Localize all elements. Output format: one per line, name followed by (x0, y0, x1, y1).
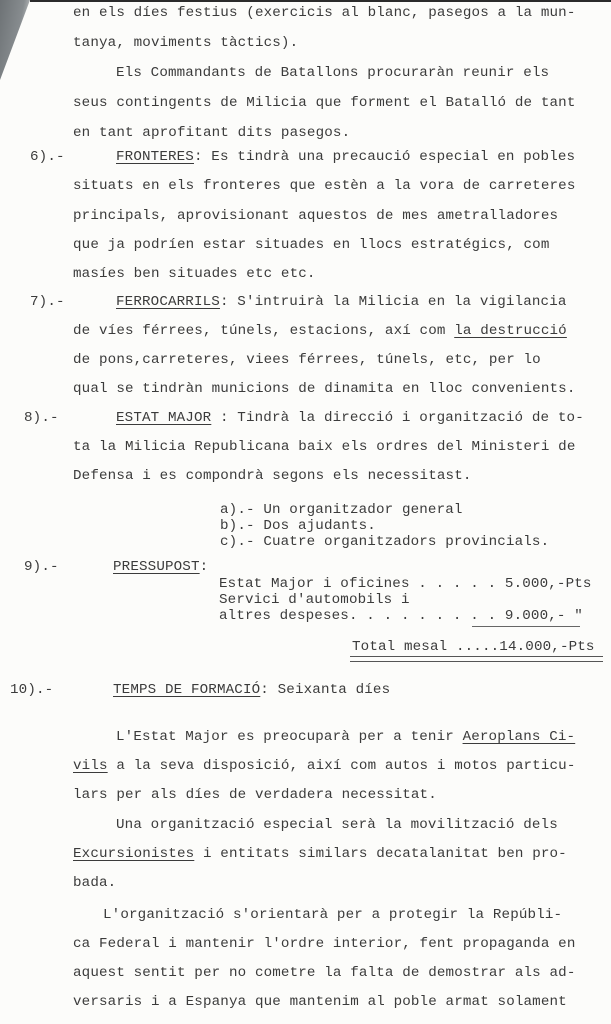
section-7-line-3: de pons,carreteres, viees férrees, túnel… (73, 351, 541, 369)
section-7-line-2: de víes férrees, túnels, estacions, axí … (73, 322, 567, 340)
intro-line-2: tanya, moviments tàctics). (73, 34, 298, 52)
section-8-first-line: ESTAT MAJOR : Tindrà la direcció i organ… (116, 409, 584, 427)
excursionistes-line-2: Excursionistes i entitats similars decat… (73, 845, 567, 863)
budget-total-double-rule (350, 656, 603, 662)
section-10-heading: TEMPS DE FORMACIÓ (113, 682, 260, 698)
final-line-4: versaris i a Espanya que mantenim al pob… (73, 993, 567, 1011)
budget-row-1-amount: 5.000,-Pts (505, 576, 592, 592)
section-9-heading-line: PRESSUPOST: (113, 558, 208, 576)
commandants-line-1: Els Commandants de Batallons procuraràn … (116, 64, 549, 82)
section-6-line-2: situats en els fronteres que estèn a la … (73, 177, 576, 195)
budget-row-2-label: Servici d'automobils i (219, 592, 410, 608)
budget-row-3-label: altres despeses. (219, 608, 358, 624)
budget-row-2: Servici d'automobils i (219, 592, 410, 608)
budget-subtotal-rule (472, 626, 580, 627)
final-line-2: ca Federal i mantenir l'ordre interior, … (73, 935, 576, 953)
budget-total-amount: 14.000,-Pts (499, 639, 594, 655)
budget-row-3-amount: 9.000,- " (505, 608, 583, 624)
section-6-line-4: que ja podríen estar situades en llocs e… (73, 236, 550, 254)
section-6-first-line: FRONTERES: Es tindrà una precaució espec… (116, 148, 575, 166)
section-7-line-4: qual se tindràn municions de dinamita en… (73, 380, 576, 398)
section-8-list-item-b: b).- Dos ajudants. (220, 518, 376, 534)
excursionistes-underlined: Excursionistes (73, 846, 194, 862)
document-page: en els díes festius (exercicis al blanc,… (0, 0, 611, 1024)
section-6-text: : Es tindrà una precaució especial en po… (194, 149, 575, 165)
budget-total-dots: ..... (447, 639, 499, 655)
commandants-line-2: seus contingents de Milicia que forment … (73, 94, 576, 112)
excursionistes-line-3: bada. (73, 874, 116, 892)
scan-shadow (0, 0, 30, 80)
aeroplans-line-2: vils a la seva disposició, així com auto… (73, 757, 576, 775)
aeroplans-underlined-1: Aeroplans Ci- (463, 729, 576, 745)
section-10-number: 10).- (10, 681, 53, 699)
final-line-3: aquest sentit per no cometre la falta de… (73, 964, 576, 982)
section-8-list-item-a: a).- Un organitzador general (220, 502, 463, 518)
section-8-number: 8).- (24, 409, 59, 427)
budget-total: Total mesal .....14.000,-Pts (352, 638, 595, 656)
section-10-text: : Seixanta díes (260, 682, 390, 698)
budget-row-3: altres despeses. . . . . . . . . 9.000,-… (219, 608, 583, 624)
section-7-text: : S'intruirà la Milicia en la vigilancia (220, 294, 567, 310)
section-10-first-line: TEMPS DE FORMACIÓ: Seixanta díes (113, 681, 390, 699)
section-7-first-line: FERROCARRILS: S'intruirà la Milicia en l… (116, 293, 567, 311)
budget-row-3-dots: . . . . . . . . (358, 608, 505, 624)
section-9-number: 9).- (24, 558, 59, 576)
aeroplans-line-2-text: a la seva disposició, així com autos i m… (108, 758, 576, 774)
section-8-text: : Tindrà la direcció i organització de t… (211, 410, 584, 426)
section-8-line-3: Defensa i es compondrà segons els necess… (73, 467, 472, 485)
section-6-line-5: masíes ben situades etc etc. (73, 265, 316, 283)
aeroplans-line-1: L'Estat Major es preocuparà per a tenir … (116, 728, 575, 746)
budget-row-1-label: Estat Major i oficines (219, 576, 410, 592)
section-7-underlined-phrase: la destrucció (454, 323, 567, 339)
section-8-line-2: ta la Milicia Republicana baix els ordre… (73, 438, 576, 456)
excursionistes-line-2-text: i entitats similars decatalanitat ben pr… (194, 846, 567, 862)
budget-row-1: Estat Major i oficines . . . . . 5.000,-… (219, 576, 592, 592)
intro-line-1: en els díes festius (exercicis al blanc,… (73, 4, 576, 22)
section-6-number: 6).- (30, 148, 65, 166)
section-8-list-item-c: c).- Cuatre organitzadors provincials. (220, 534, 549, 550)
excursionistes-line-1: Una organització especial serà la movili… (116, 816, 558, 834)
aeroplans-line-1-text: L'Estat Major es preocuparà per a tenir (116, 729, 463, 745)
commandants-line-3: en tant aprofitant dits pasegos. (73, 124, 350, 142)
section-9-heading-suffix: : (200, 559, 209, 575)
aeroplans-line-3: lars per als díes de verdadera necessita… (73, 786, 437, 804)
scan-top-edge (30, 0, 611, 2)
section-8-heading: ESTAT MAJOR (116, 410, 211, 426)
section-7-heading: FERROCARRILS (116, 294, 220, 310)
section-6-line-3: principals, aprovisionant aquestos de me… (73, 207, 558, 225)
budget-row-1-dots: . . . . . (410, 576, 505, 592)
section-9-heading: PRESSUPOST (113, 559, 200, 575)
section-7-line-2-text: de víes férrees, túnels, estacions, axí … (73, 323, 454, 339)
final-line-1: L'organització s'orientarà per a protegi… (103, 906, 562, 924)
aeroplans-underlined-2: vils (73, 758, 108, 774)
budget-total-label: Total mesal (352, 639, 447, 655)
section-7-number: 7).- (30, 293, 65, 311)
section-6-heading: FRONTERES (116, 149, 194, 165)
